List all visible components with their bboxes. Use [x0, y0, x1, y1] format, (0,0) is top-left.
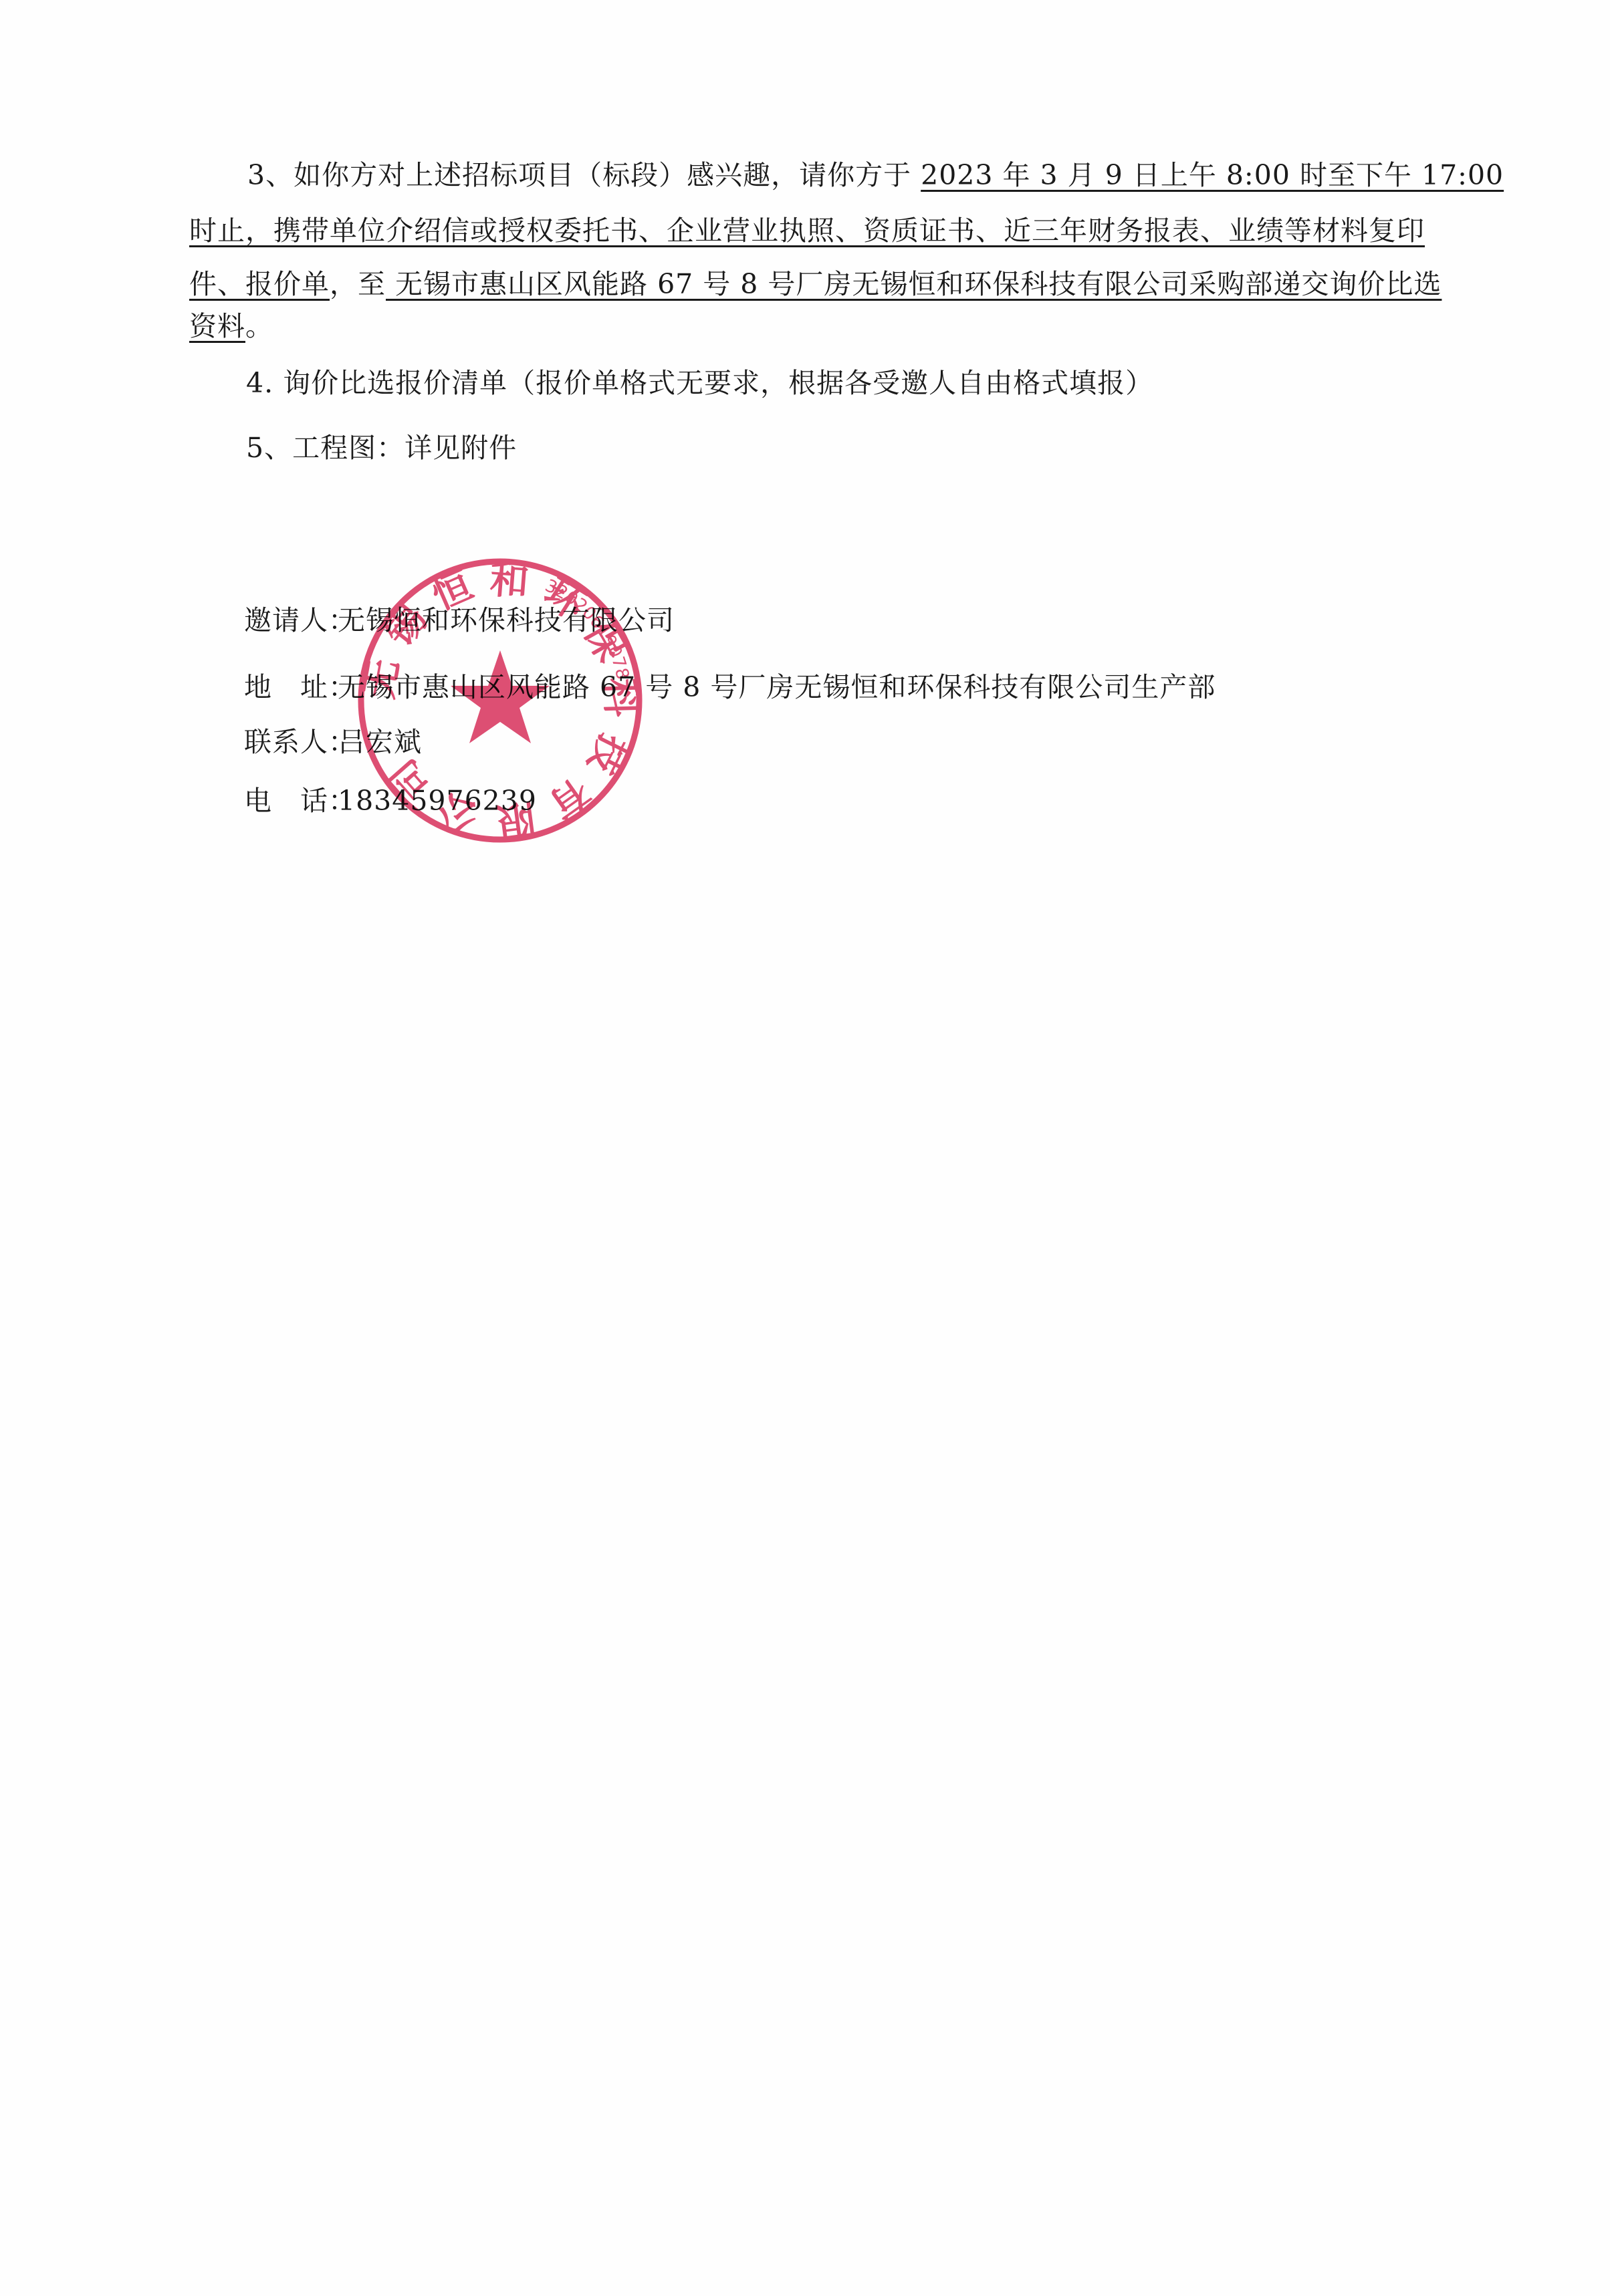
contact-row: 联系人：吕宏斌 — [244, 722, 422, 762]
inviter-label: 邀请人： — [244, 600, 338, 640]
phone-row: 电 话：18345976239 — [244, 781, 537, 821]
section-3-line-4: 资料。 — [189, 306, 273, 346]
phone-label: 电 话： — [244, 781, 338, 821]
contact-value: 吕宏斌 — [338, 726, 422, 758]
inviter-row: 邀请人：无锡恒和环保科技有限公司 — [244, 600, 675, 640]
period: 。 — [245, 310, 273, 342]
contact-label: 联系人： — [244, 722, 338, 762]
section-3-line-1: 3、如你方对上述招标项目（标段）感兴趣，请你方于 2023 年 3 月 9 日上… — [247, 155, 1504, 195]
materials-word: 资料 — [189, 310, 245, 342]
required-documents-cont: 件、报价单 — [189, 268, 330, 300]
section-3-line-2: 时止，携带单位介绍信或授权委托书、企业营业执照、资质证书、近三年财务报表、业绩等… — [189, 211, 1425, 251]
address-value: 无锡市惠山区风能路 67 号 8 号厂房无锡恒和环保科技有限公司生产部 — [338, 671, 1216, 703]
section-4-quotation-list: 4. 询价比选报价清单（报价单格式无要求，根据各受邀人自由格式填报） — [246, 363, 1153, 403]
to-connector: ，至 — [330, 268, 386, 300]
deadline-datetime: 2023 年 3 月 9 日上午 8:00 时至下午 17:00 — [921, 159, 1504, 191]
section-5-engineering-drawing: 5、工程图：详见附件 — [246, 428, 517, 468]
address-label: 地 址： — [244, 667, 338, 707]
phone-value: 18345976239 — [338, 785, 537, 817]
section-3-intro: 3、如你方对上述招标项目（标段）感兴趣，请你方于 — [247, 159, 911, 191]
submission-address: 无锡市惠山区风能路 67 号 8 号厂房无锡恒和环保科技有限公司采购部递交询价比… — [386, 268, 1442, 300]
section-3-line-3: 件、报价单，至 无锡市惠山区风能路 67 号 8 号厂房无锡恒和环保科技有限公司… — [189, 264, 1442, 304]
required-documents: 时止，携带单位介绍信或授权委托书、企业营业执照、资质证书、近三年财务报表、业绩等… — [189, 215, 1425, 247]
address-row: 地 址：无锡市惠山区风能路 67 号 8 号厂房无锡恒和环保科技有限公司生产部 — [244, 667, 1216, 707]
document-page: 3、如你方对上述招标项目（标段）感兴趣，请你方于 2023 年 3 月 9 日上… — [0, 0, 1610, 2296]
inviter-value: 无锡恒和环保科技有限公司 — [338, 604, 675, 636]
